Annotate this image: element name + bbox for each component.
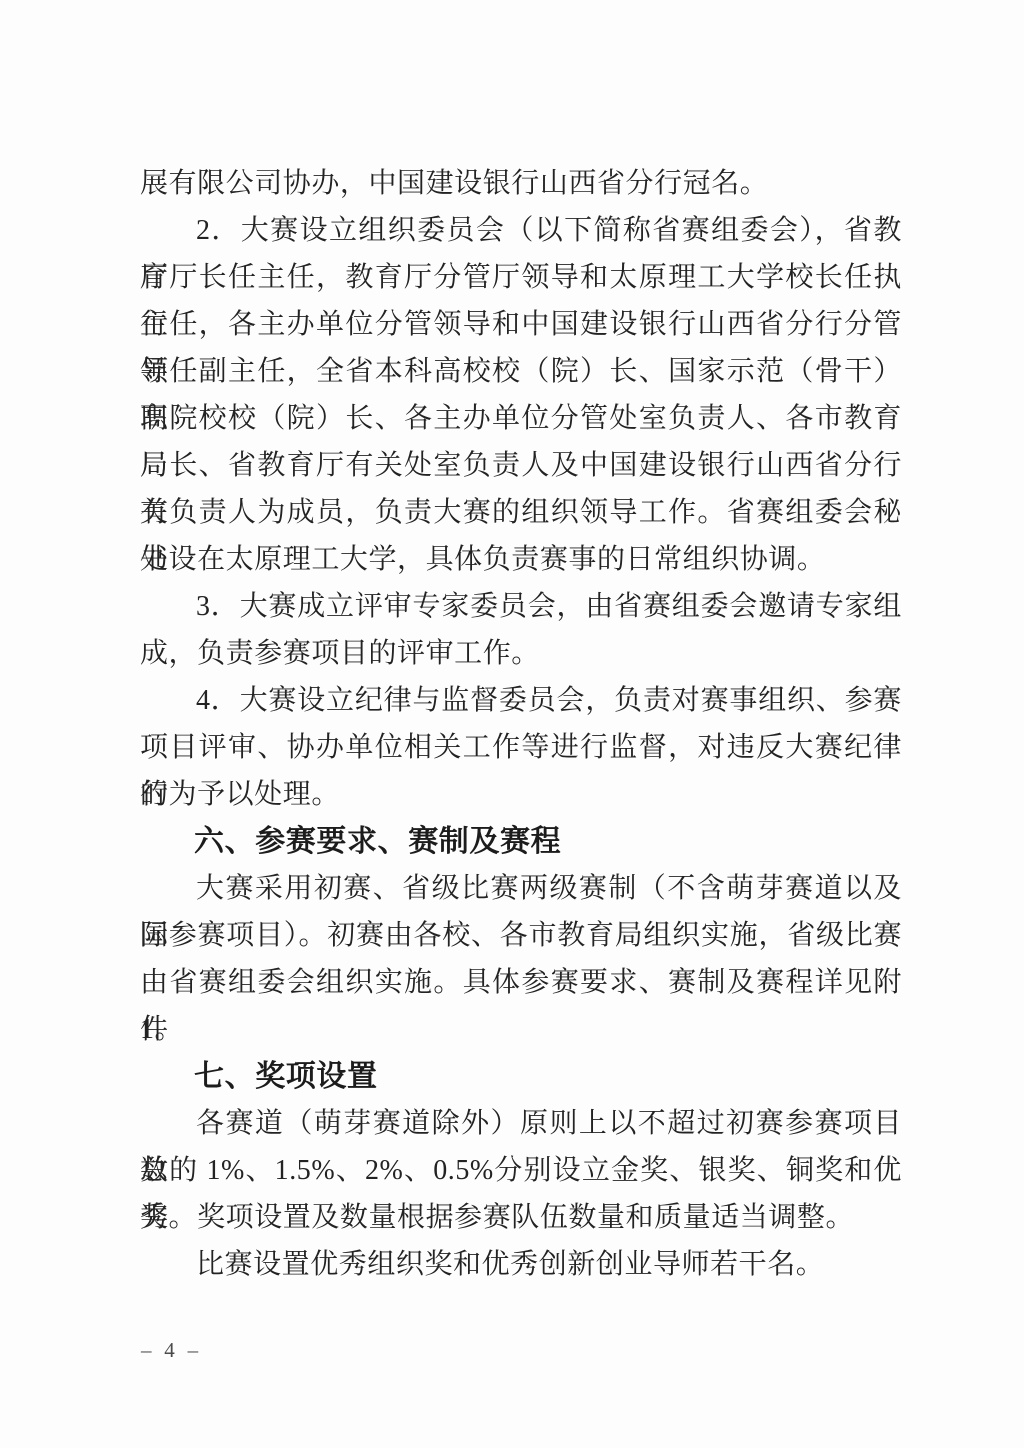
text-line: 各赛道（萌芽赛道除外）原则上以不超过初赛参赛项目总: [140, 1100, 902, 1147]
text-line: 厅厅长任主任，教育厅分管厅领导和太原理工大学校长任执行: [140, 254, 902, 301]
text-line: 2．大赛设立组织委员会（以下简称省赛组委会），省教育: [140, 207, 902, 254]
text-line: 大赛采用初赛、省级比赛两级赛制（不含萌芽赛道以及国: [140, 865, 902, 912]
text-line: 际参赛项目）。初赛由各校、各市教育局组织实施，省级比赛: [140, 912, 902, 959]
text-line: 由省赛组委会组织实施。具体参赛要求、赛制及赛程详见附件: [140, 959, 902, 1006]
text-line: 导任副主任，全省本科高校校（院）长、国家示范（骨干）高: [140, 348, 902, 395]
text-line: 行为予以处理。: [140, 771, 902, 818]
text-line: 主任，各主办单位分管领导和中国建设银行山西省分行分管领: [140, 301, 902, 348]
text-line: 成，负责参赛项目的评审工作。: [140, 630, 902, 677]
text-line: 关负责人为成员，负责大赛的组织领导工作。省赛组委会秘书: [140, 489, 902, 536]
section-heading: 七、奖项设置: [140, 1053, 902, 1100]
text-line: 比赛设置优秀组织奖和优秀创新创业导师若干名。: [140, 1241, 902, 1288]
text-line: 项目评审、协办单位相关工作等进行监督，对违反大赛纪律的: [140, 724, 902, 771]
text-line: 4．大赛设立纪律与监督委员会，负责对赛事组织、参赛: [140, 677, 902, 724]
section-heading: 六、参赛要求、赛制及赛程: [140, 818, 902, 865]
document-body: 展有限公司协办，中国建设银行山西省分行冠名。2．大赛设立组织委员会（以下简称省赛…: [140, 160, 902, 1288]
text-line: 职院校校（院）长、各主办单位分管处室负责人、各市教育局: [140, 395, 902, 442]
text-line: 局长、省教育厅有关处室负责人及中国建设银行山西省分行有: [140, 442, 902, 489]
document-page: 展有限公司协办，中国建设银行山西省分行冠名。2．大赛设立组织委员会（以下简称省赛…: [0, 0, 1024, 1448]
text-line: 处设在太原理工大学，具体负责赛事的日常组织协调。: [140, 536, 902, 583]
text-line: 3．大赛成立评审专家委员会，由省赛组委会邀请专家组: [140, 583, 902, 630]
text-line: 展有限公司协办，中国建设银行山西省分行冠名。: [140, 160, 902, 207]
text-line: 1。: [140, 1006, 902, 1053]
text-line: 奖。奖项设置及数量根据参赛队伍数量和质量适当调整。: [140, 1194, 902, 1241]
page-number: – 4 –: [141, 1338, 202, 1363]
text-line: 数的 1%、1.5%、2%、0.5%分别设立金奖、银奖、铜奖和优秀: [140, 1147, 902, 1194]
